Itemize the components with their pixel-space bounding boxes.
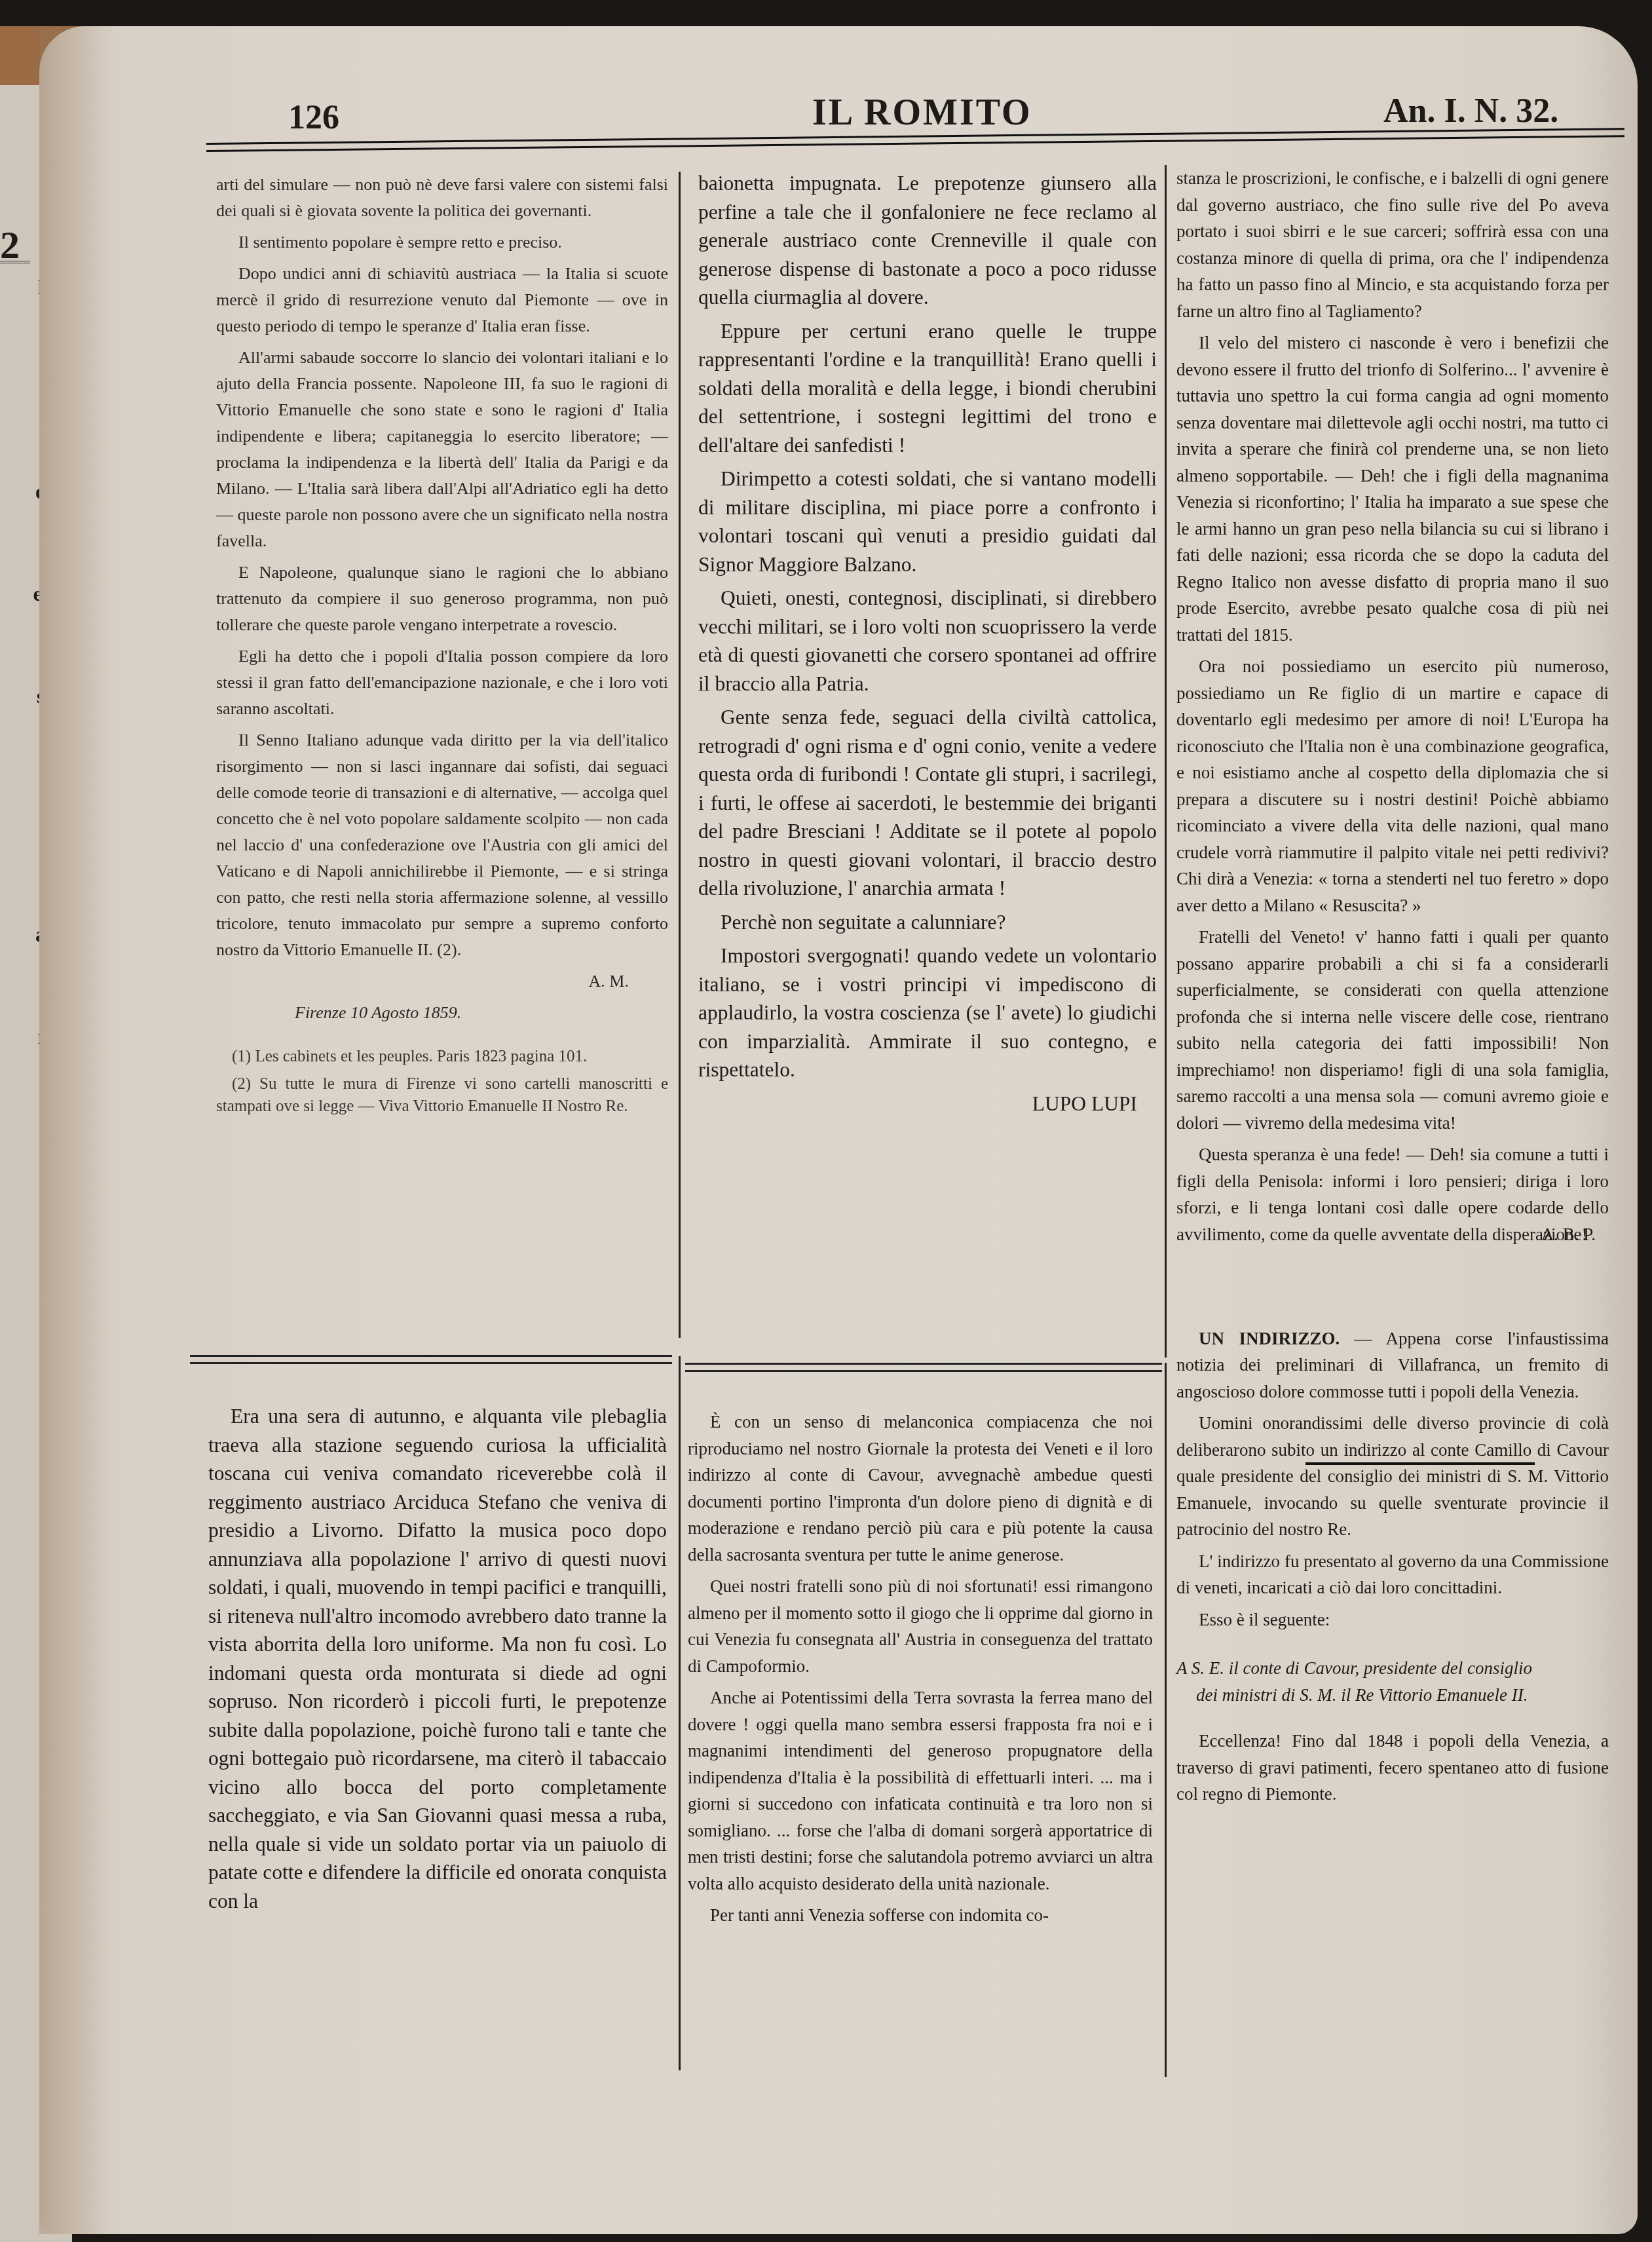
footnote-1: (1) Les cabinets et les peuples. Paris 1… xyxy=(216,1046,668,1068)
paragraph: Per tanti anni Venezia sofferse con indo… xyxy=(688,1902,1153,1929)
paragraph: Il Senno Italiano adunque vada diritto p… xyxy=(216,727,668,963)
paragraph: Il velo del mistero ci nasconde è vero i… xyxy=(1176,330,1609,648)
column-divider-1-top xyxy=(679,172,681,1338)
paragraph: Dirimpetto a cotesti soldati, che si van… xyxy=(698,465,1157,579)
signature-am: A. M. xyxy=(216,968,668,995)
page-header: 126 IL ROMITO An. I. N. 32. xyxy=(0,0,1652,170)
paragraph: Quei nostri fratelli sono più di noi sfo… xyxy=(688,1573,1153,1679)
paragraph: Impostori svergognati! quando vedete un … xyxy=(698,941,1157,1084)
paragraph: Quieti, onesti, contegnosi, disciplinati… xyxy=(698,584,1157,698)
masthead-title: IL ROMITO xyxy=(812,92,1032,134)
article-lupo-lupi: baionetta impugnata. Le prepotenze giuns… xyxy=(698,169,1157,1123)
paragraph: arti del simulare — non può nè deve fars… xyxy=(216,172,668,224)
article-continued-left: arti del simulare — non può nè deve fars… xyxy=(216,172,668,1123)
indirizzo-paragraph: Uomini onorandissimi delle diverso provi… xyxy=(1176,1410,1609,1543)
paragraph: Eppure per certuni erano quelle le trupp… xyxy=(698,317,1157,460)
indirizzo-lead: UN INDIRIZZO. — Appena corse l'infaustis… xyxy=(1176,1325,1609,1405)
paragraph: Era una sera di autunno, e alquanta vile… xyxy=(208,1402,667,1915)
paragraph: Anche ai Potentissimi della Terra sovras… xyxy=(688,1684,1153,1897)
address-line-1: A S. E. il conte di Cavour, presidente d… xyxy=(1176,1655,1609,1682)
paragraph: È con un senso di melanconica compiacenz… xyxy=(688,1409,1153,1568)
indirizzo-paragraph: L' indirizzo fu presentato al governo da… xyxy=(1176,1548,1609,1601)
paragraph: Egli ha detto che i popoli d'Italia poss… xyxy=(216,643,668,722)
column-divider-2-top xyxy=(1165,165,1167,1358)
indirizzo-paragraph: Esso è il seguente: xyxy=(1176,1606,1609,1633)
paragraph: E Napoleone, qualunque siano le ragioni … xyxy=(216,560,668,638)
paragraph: All'armi sabaude soccorre lo slancio dei… xyxy=(216,345,668,554)
paragraph: Fratelli del Veneto! v' hanno fatti i qu… xyxy=(1176,924,1609,1136)
signature-lupo-lupi: LUPO LUPI xyxy=(698,1090,1157,1118)
indirizzo-heading: UN INDIRIZZO. xyxy=(1199,1329,1340,1348)
article-livorno: Era una sera di autunno, e alquanta vile… xyxy=(208,1402,667,1920)
column-divider-2-bottom xyxy=(1165,1363,1167,2077)
page-number: 126 xyxy=(288,98,339,137)
paragraph: Dopo undici anni di schiavitù austriaca … xyxy=(216,261,668,339)
address-line-2: dei ministri di S. M. il Re Vittorio Ema… xyxy=(1176,1682,1609,1709)
paragraph: Ora noi possiediamo un esercito più nume… xyxy=(1176,653,1609,919)
article-indirizzo: UN INDIRIZZO. — Appena corse l'infaustis… xyxy=(1176,1325,1609,1808)
footnotes: (1) Les cabinets et les peuples. Paris 1… xyxy=(216,1046,668,1118)
article-veneti: È con un senso di melanconica compiacenz… xyxy=(688,1409,1153,1934)
gutter-shadow xyxy=(39,26,118,2234)
section-rule-left xyxy=(190,1355,672,1364)
paragraph: Perchè non seguitate a calunniare? xyxy=(698,908,1157,937)
closing-paragraph: Eccellenza! Fino dal 1848 i popoli della… xyxy=(1176,1728,1609,1808)
paragraph: stanza le proscrizioni, le confische, e … xyxy=(1176,165,1609,324)
footnote-2: (2) Su tutte le mura di Firenze vi sono … xyxy=(216,1073,668,1118)
paragraph: Gente senza fede, seguaci della civiltà … xyxy=(698,703,1157,903)
paragraph: Il sentimento popolare è sempre retto e … xyxy=(216,229,668,256)
paragraph: baionetta impugnata. Le prepotenze giuns… xyxy=(698,169,1157,312)
dateline: Firenze 10 Agosto 1859. xyxy=(216,1000,668,1026)
column-divider-1-bottom xyxy=(679,1356,681,2070)
article-abp: stanza le proscrizioni, le confische, e … xyxy=(1176,165,1609,1813)
issue-number: An. I. N. 32. xyxy=(1383,92,1558,130)
section-rule-middle xyxy=(685,1363,1162,1372)
previous-page-rule xyxy=(0,261,30,263)
